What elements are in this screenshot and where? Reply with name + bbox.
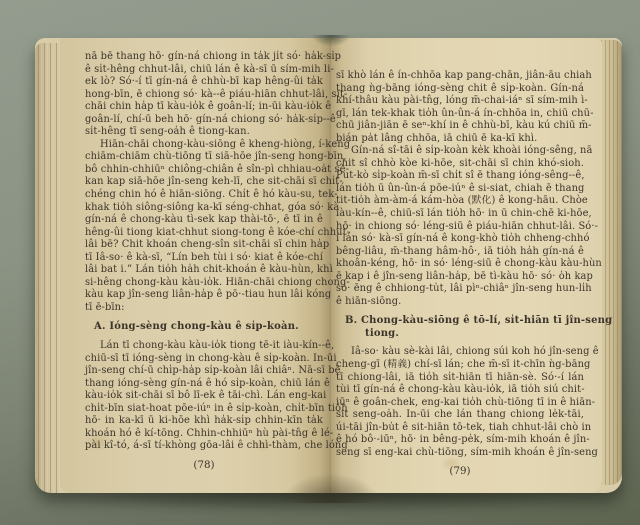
text-line: hêng-ûi tiong kiat-chhut siong-tong ê kó… bbox=[85, 227, 323, 240]
text-line: úi-tāi jîn-bu̍t ê sit-hiān tō-tek, tiah … bbox=[336, 422, 584, 435]
text-line: ê si̍t-hêng chhut-lâi, chiū lán ê kà-sī … bbox=[85, 64, 323, 77]
text-line: si-hêng chong-kàu kàu-io̍k. Hiān-chāi ch… bbox=[85, 277, 323, 290]
text-line: só· ēng ê chhiong-tu̍t, lâi pìⁿ-chiâⁿ jî… bbox=[336, 283, 584, 296]
text-line: iūⁿ ê goân-chek, eng-kai tio̍h chù-tiōng… bbox=[336, 397, 584, 410]
text-line: tī chiong-lâi, iā tio̍h si̍t-hiān tī hiā… bbox=[336, 372, 584, 385]
text-line: chū jiân-jiān ē seⁿ-khí in ê chhù-bī, kà… bbox=[336, 120, 584, 133]
left-page-body: nā bē thang hō· gín-ná chiong in ta̍k ji… bbox=[85, 51, 323, 453]
text-line: tit-tio̍h àm-àm-á kám-hòa (默化) ê kong-hā… bbox=[336, 195, 584, 208]
text-line: khoán hó ê kí-tōng. Chhin-chhiūⁿ hù pài-… bbox=[85, 428, 323, 441]
text-line: Gín-ná sî-tāi ê si̍p-koàn ke̍k khoài ión… bbox=[336, 145, 584, 158]
text-line: kan kap siā-hōe jîn-seng keh-lī, che sit… bbox=[85, 176, 323, 189]
text-line: hō· in chiong só· léng-siū ê piáu-hiān c… bbox=[336, 221, 584, 234]
right-page-body: sī khò lán ê ín-chhōa kap pang-chān, jiâ… bbox=[336, 70, 584, 459]
text-line: chāi chin ha̍p tī kàu-io̍k ê goân-lí; in… bbox=[85, 101, 323, 114]
text-line: khí-thâu kàu pài-tn̂g, lóng m̄-chai-iáⁿ … bbox=[336, 95, 584, 108]
text-line: khoân-kéng, hō· in só· léng-siū ê chong-… bbox=[336, 258, 584, 271]
text-line: sit seng-oa̍h. In-ūi che lán thang chion… bbox=[336, 409, 584, 422]
paragraph: sī khò lán ê ín-chhōa kap pang-chān, jiâ… bbox=[336, 70, 584, 145]
left-page-number: (78) bbox=[85, 459, 323, 471]
text-line: Hiān-chāi chong-kàu-siōng ê kheng-hiòng,… bbox=[85, 139, 323, 152]
text-line: Lán tī chong-kàu kàu-io̍k tiong tē-it ià… bbox=[85, 340, 323, 353]
text-line: Put-kò si̍p-koàn m̄-sī chi̍t sî ē thang … bbox=[336, 170, 584, 183]
text-line: ek lò? Só·-í tī gín-ná ê chhù-bī kap hên… bbox=[85, 76, 323, 89]
text-line: iàu-kín--ê, chiū-sī lán tio̍h hō· in ū c… bbox=[336, 208, 584, 221]
text-line: hō· in ka-kī ū ki-hōe khì ha̍k-si̍p chhi… bbox=[85, 415, 323, 428]
paragraph: nā bē thang hō· gín-ná chiong in ta̍k ji… bbox=[85, 51, 323, 139]
text-line: si̍t-hêng tī seng-oa̍h ê tiong-kan. bbox=[85, 126, 323, 139]
text-line: chi̍t-bīn siat-hoat pōe-iúⁿ in ê si̍p-ko… bbox=[85, 403, 323, 416]
text-line: tùi tī gín-ná ê chong-kàu kàu-io̍k, iā t… bbox=[336, 384, 584, 397]
text-line: Iâ-so· kàu sè-kài lâi, chiong súi koh hó… bbox=[336, 346, 584, 359]
text-line: chit sî chhò kòe ki-hōe, sit-chāi sī chi… bbox=[336, 158, 584, 171]
photo-background: nā bē thang hō· gín-ná chiong in ta̍k ji… bbox=[0, 0, 640, 525]
right-page-text-column: sī khò lán ê ín-chhōa kap pang-chān, jiâ… bbox=[336, 70, 584, 477]
page-stack-right-edge bbox=[601, 40, 622, 485]
text-line: hong-bīn, ē chiong só· kà--ê piáu-hiān c… bbox=[85, 89, 323, 102]
text-line: ê hó bô·-iūⁿ, hō· in bêng-pe̍k, sím-mih … bbox=[336, 434, 584, 447]
text-line: chiū-sī tī ióng-sèng in chong-kàu ê si̍p… bbox=[85, 353, 323, 366]
text-line: ē kap i ê jîn-seng liân-ha̍p, bē tì-kàu … bbox=[336, 271, 584, 284]
text-line: khak tio̍h siông-siông ka-kī séng-chhat,… bbox=[85, 202, 323, 215]
left-page-text-column: nā bē thang hō· gín-ná chiong in ta̍k ji… bbox=[85, 51, 323, 471]
text-line: tiong. bbox=[336, 328, 584, 341]
text-line: pài kî-tó, á-sī tí-khòng gōa-lâi ê chhì-… bbox=[85, 440, 323, 453]
book-gutter-shadow-top bbox=[311, 35, 351, 47]
text-line: bô chhin-chhiūⁿ chiông-chiân ê sîn-pì ch… bbox=[85, 164, 323, 177]
section-heading: B. Chong-kàu-siōng ê tō-lí, si̍t-hiān tī… bbox=[336, 315, 584, 340]
text-line: í lán só· kà-sī gín-ná ê kong-khò tio̍h … bbox=[336, 233, 584, 246]
page-stack-left-edge bbox=[35, 43, 60, 493]
text-line: seng sī eng-kai chù-tiōng, sím-mih khoán… bbox=[336, 447, 584, 460]
text-line: tī Iâ-so· ê kà-sī, “Lín beh tùi i só· ki… bbox=[85, 252, 323, 265]
text-line: A. Ióng-sèng chong-kàu ê si̍p-koàn. bbox=[85, 321, 323, 334]
text-line: chéng chin hó ê hiān-siōng. Chi̍t ê hó k… bbox=[85, 189, 323, 202]
text-line: nā bē thang hō· gín-ná chiong in ta̍k ji… bbox=[85, 51, 323, 64]
book-gutter-shadow-bottom bbox=[281, 473, 381, 503]
text-line: gín-ná ê chong-kàu tì-sek kap thài-tō·, … bbox=[85, 214, 323, 227]
text-line: thang ióng-sèng gín-ná ê hó si̍p-koàn, c… bbox=[85, 378, 323, 391]
text-line: thang ǹg-bāng ióng-sèng chit ê si̍p-koàn… bbox=[336, 83, 584, 96]
text-line: chiām-chiām chù-tiōng tī siā-hōe jîn-sen… bbox=[85, 151, 323, 164]
text-line: bián pa̍t lâng chhōa, iā chiū ē ka-kī kh… bbox=[336, 133, 584, 146]
text-line: kàu-io̍k sit-chāi sī bô lī-ek ê tāi-chì.… bbox=[85, 390, 323, 403]
text-line: lâi bat i.” Lán tio̍h ha̍h chit-khoán ê … bbox=[85, 264, 323, 277]
text-line: jîn-seng chí-ū chi̍p-ha̍p si̍p-koàn lâi … bbox=[85, 365, 323, 378]
text-line: B. Chong-kàu-siōng ê tō-lí, si̍t-hiān tī… bbox=[336, 315, 584, 328]
text-line: bêng-liâu, m̄-thang hâm-hô·, iā tio̍h ha… bbox=[336, 246, 584, 259]
section-heading: A. Ióng-sèng chong-kàu ê si̍p-koàn. bbox=[85, 321, 323, 334]
text-line: sī khò lán ê ín-chhōa kap pang-chān, jiâ… bbox=[336, 70, 584, 83]
text-line: gī, lán tek-khak tio̍h ûn-ûn-á ín-chhōa … bbox=[336, 108, 584, 121]
text-line: kàu kap jîn-seng liân-ha̍p ê pō·-tiau hu… bbox=[85, 289, 323, 302]
paragraph: Iâ-so· kàu sè-kài lâi, chiong súi koh hó… bbox=[336, 346, 584, 459]
open-book: nā bē thang hō· gín-ná chiong in ta̍k ji… bbox=[35, 38, 622, 493]
paragraph: Lán tī chong-kàu kàu-io̍k tiong tē-it ià… bbox=[85, 340, 323, 453]
text-line: ê hiān-siōng. bbox=[336, 296, 584, 309]
text-line: goân-lí, chí-ū beh hō· gín-ná chiong só·… bbox=[85, 114, 323, 127]
text-line: lán tio̍h ū ûn-ûn-á pōe-iúⁿ ê si-siat, c… bbox=[336, 183, 584, 196]
text-line: lâi bē? Chit khoán cheng-sîn sit-chāi sī… bbox=[85, 239, 323, 252]
text-line: cheng-gī (精義) chí-sī lán; che m̄-sī it-c… bbox=[336, 359, 584, 372]
text-line: tī ē-bīn: bbox=[85, 302, 323, 315]
paragraph: Gín-ná sî-tāi ê si̍p-koàn ke̍k khoài ión… bbox=[336, 145, 584, 308]
paragraph: Hiān-chāi chong-kàu-siōng ê kheng-hiòng,… bbox=[85, 139, 323, 315]
